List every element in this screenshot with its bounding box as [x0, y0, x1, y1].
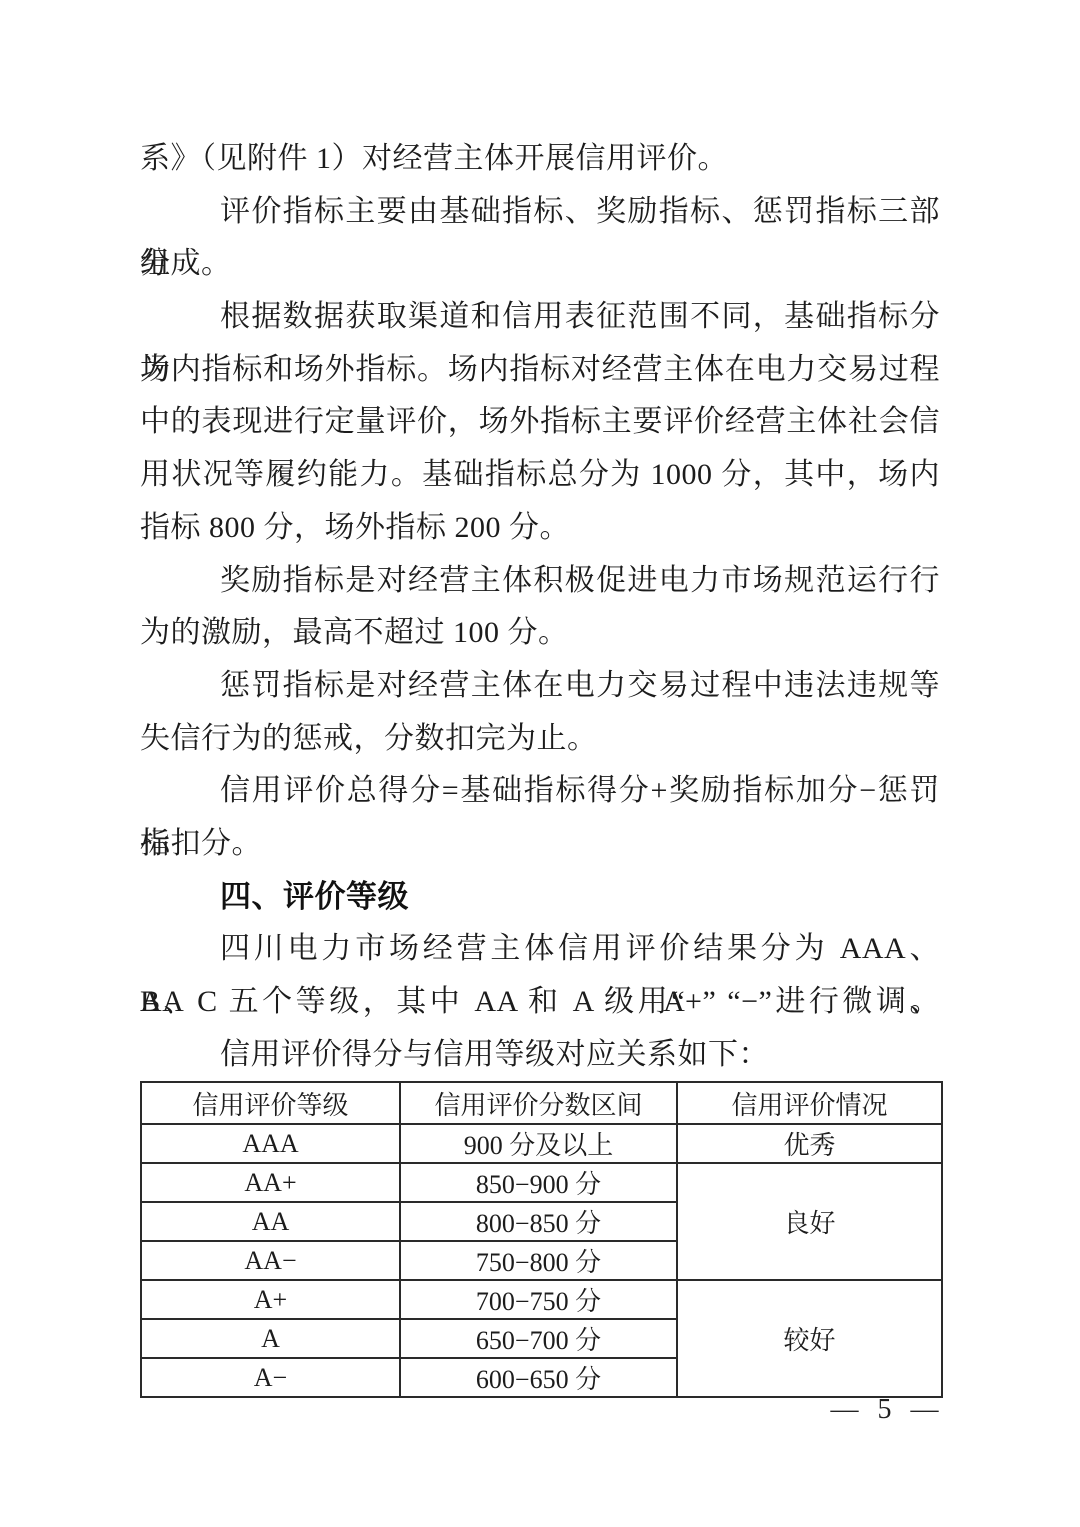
- paragraph-line: 中的表现进行定量评价，场外指标主要评价经营主体社会信: [140, 396, 940, 449]
- paragraph-line: 根据数据获取渠道和信用表征范围不同，基础指标分为: [140, 291, 940, 344]
- paragraph-line: 标扣分。: [140, 818, 940, 871]
- status-cell: 较好: [677, 1280, 942, 1397]
- paragraph-line: 奖励指标是对经营主体积极促进电力市场规范运行行: [140, 555, 940, 608]
- grade-cell: AA−: [141, 1241, 400, 1280]
- paragraph-line: 信用评价得分与信用等级对应关系如下：: [140, 1029, 940, 1082]
- range-cell: 600−650 分: [400, 1358, 677, 1397]
- col-header-score-range: 信用评价分数区间: [400, 1082, 677, 1124]
- range-cell: 850−900 分: [400, 1163, 677, 1202]
- paragraph-line: 指标 800 分，场外指标 200 分。: [140, 502, 940, 555]
- table-header-row: 信用评价等级 信用评价分数区间 信用评价情况: [141, 1082, 942, 1124]
- table-row: A+ 700−750 分 较好: [141, 1280, 942, 1319]
- paragraph-line: 用状况等履约能力。基础指标总分为 1000 分，其中，场内: [140, 449, 940, 502]
- paragraph-line: 评价指标主要由基础指标、奖励指标、惩罚指标三部分: [140, 186, 940, 239]
- range-cell: 700−750 分: [400, 1280, 677, 1319]
- col-header-status: 信用评价情况: [677, 1082, 942, 1124]
- credit-rating-table: 信用评价等级 信用评价分数区间 信用评价情况 AAA 900 分及以上 优秀 A…: [140, 1081, 943, 1398]
- document-page: 系》（见附件 1）对经营主体开展信用评价。 评价指标主要由基础指标、奖励指标、惩…: [0, 0, 1080, 1527]
- range-cell: 800−850 分: [400, 1202, 677, 1241]
- grade-cell: AA: [141, 1202, 400, 1241]
- section-heading: 四、评价等级: [140, 871, 940, 924]
- paragraph-line: B、C 五个等级，其中 AA 和 A 级用“+” “−”进行微调。: [140, 976, 940, 1029]
- paragraph-line: 惩罚指标是对经营主体在电力交易过程中违法违规等: [140, 660, 940, 713]
- document-body: 系》（见附件 1）对经营主体开展信用评价。 评价指标主要由基础指标、奖励指标、惩…: [140, 133, 940, 1398]
- paragraph-line: 为的激励，最高不超过 100 分。: [140, 607, 940, 660]
- status-cell: 优秀: [677, 1124, 942, 1163]
- range-cell: 750−800 分: [400, 1241, 677, 1280]
- paragraph-line: 组成。: [140, 238, 940, 291]
- grade-cell: A−: [141, 1358, 400, 1397]
- col-header-grade: 信用评价等级: [141, 1082, 400, 1124]
- paragraph-line: 信用评价总得分=基础指标得分+奖励指标加分−惩罚指: [140, 765, 940, 818]
- grade-cell: AA+: [141, 1163, 400, 1202]
- table-row: AA+ 850−900 分 良好: [141, 1163, 942, 1202]
- range-cell: 650−700 分: [400, 1319, 677, 1358]
- table-row: AAA 900 分及以上 优秀: [141, 1124, 942, 1163]
- range-cell: 900 分及以上: [400, 1124, 677, 1163]
- paragraph-line: 场内指标和场外指标。场内指标对经营主体在电力交易过程: [140, 344, 940, 397]
- grade-cell: AAA: [141, 1124, 400, 1163]
- grade-cell: A: [141, 1319, 400, 1358]
- page-number: — 5 —: [825, 1394, 950, 1426]
- paragraph-line: 四川电力市场经营主体信用评价结果分为 AAA、AA、A、: [140, 923, 940, 976]
- paragraph-line: 系》（见附件 1）对经营主体开展信用评价。: [140, 133, 940, 186]
- paragraph-line: 失信行为的惩戒，分数扣完为止。: [140, 713, 940, 766]
- status-cell: 良好: [677, 1163, 942, 1280]
- grade-cell: A+: [141, 1280, 400, 1319]
